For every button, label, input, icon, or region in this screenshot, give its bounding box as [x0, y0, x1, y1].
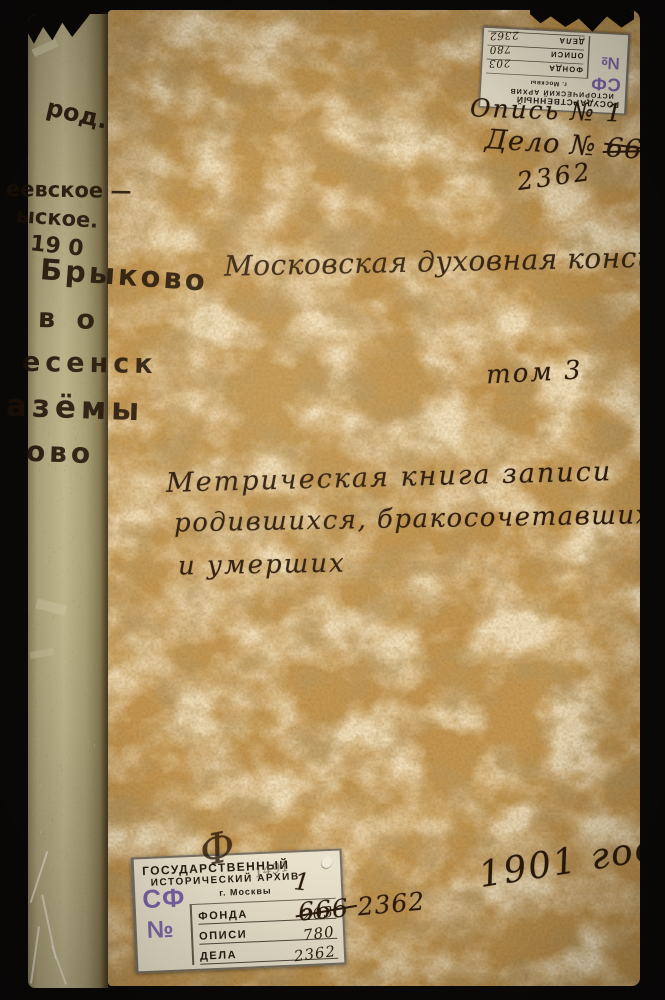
stamp-rows: ФОНДА 203 ОПИСИ 780 ДЕЛА 2362: [486, 31, 590, 79]
stamp-row-label: ФОНДА: [548, 64, 583, 74]
cover-paper: ГОСУДАРСТВЕННЫЙ ИСТОРИЧЕСКИЙ АРХИВ г. Мо…: [108, 10, 640, 986]
spine-fragment: ово: [25, 435, 94, 470]
stamp-row-label: ДЕЛА: [200, 949, 238, 963]
delo-crossed-number: 666: [605, 132, 640, 167]
ink-mark: 1: [293, 867, 311, 896]
number-sign: №: [146, 918, 174, 943]
stamp-row-value: 2362: [293, 942, 337, 965]
spine-fragment: в о: [37, 303, 101, 336]
stamp-row-value: 2362: [489, 29, 519, 43]
stamp-row-label: ФОНДА: [198, 908, 248, 922]
replacement-number: 2362: [356, 887, 426, 922]
record-line-3: и умерших: [178, 549, 346, 582]
stamp-row-label: ОПИСИ: [550, 50, 584, 60]
archive-book-photo: ГОСУДАРСТВЕННЫЙ ИСТОРИЧЕСКИЙ АРХИВ г. Мо…: [0, 0, 665, 1000]
opis-annotation: Опись № 1: [470, 93, 625, 127]
stamp-row-label: ОПИСИ: [199, 928, 248, 942]
spine-fragment: есенск: [22, 347, 158, 380]
sf-stamp-mark: СФ: [142, 884, 186, 912]
spine-cloth-texture: [28, 14, 108, 988]
spine-fragment: еевское —: [6, 177, 132, 203]
number-sign: №: [601, 53, 621, 71]
book-spine: [28, 14, 108, 988]
spine-fragment: азёмы: [5, 388, 145, 429]
crossed-old-number: 666: [297, 893, 350, 926]
stamp-row-label: ДЕЛА: [558, 36, 584, 46]
book: ГОСУДАРСТВЕННЫЙ ИСТОРИЧЕСКИЙ АРХИВ г. Мо…: [28, 6, 640, 988]
volume-handwriting: том 3: [485, 355, 583, 390]
sf-stamp-mark: СФ: [590, 75, 621, 95]
